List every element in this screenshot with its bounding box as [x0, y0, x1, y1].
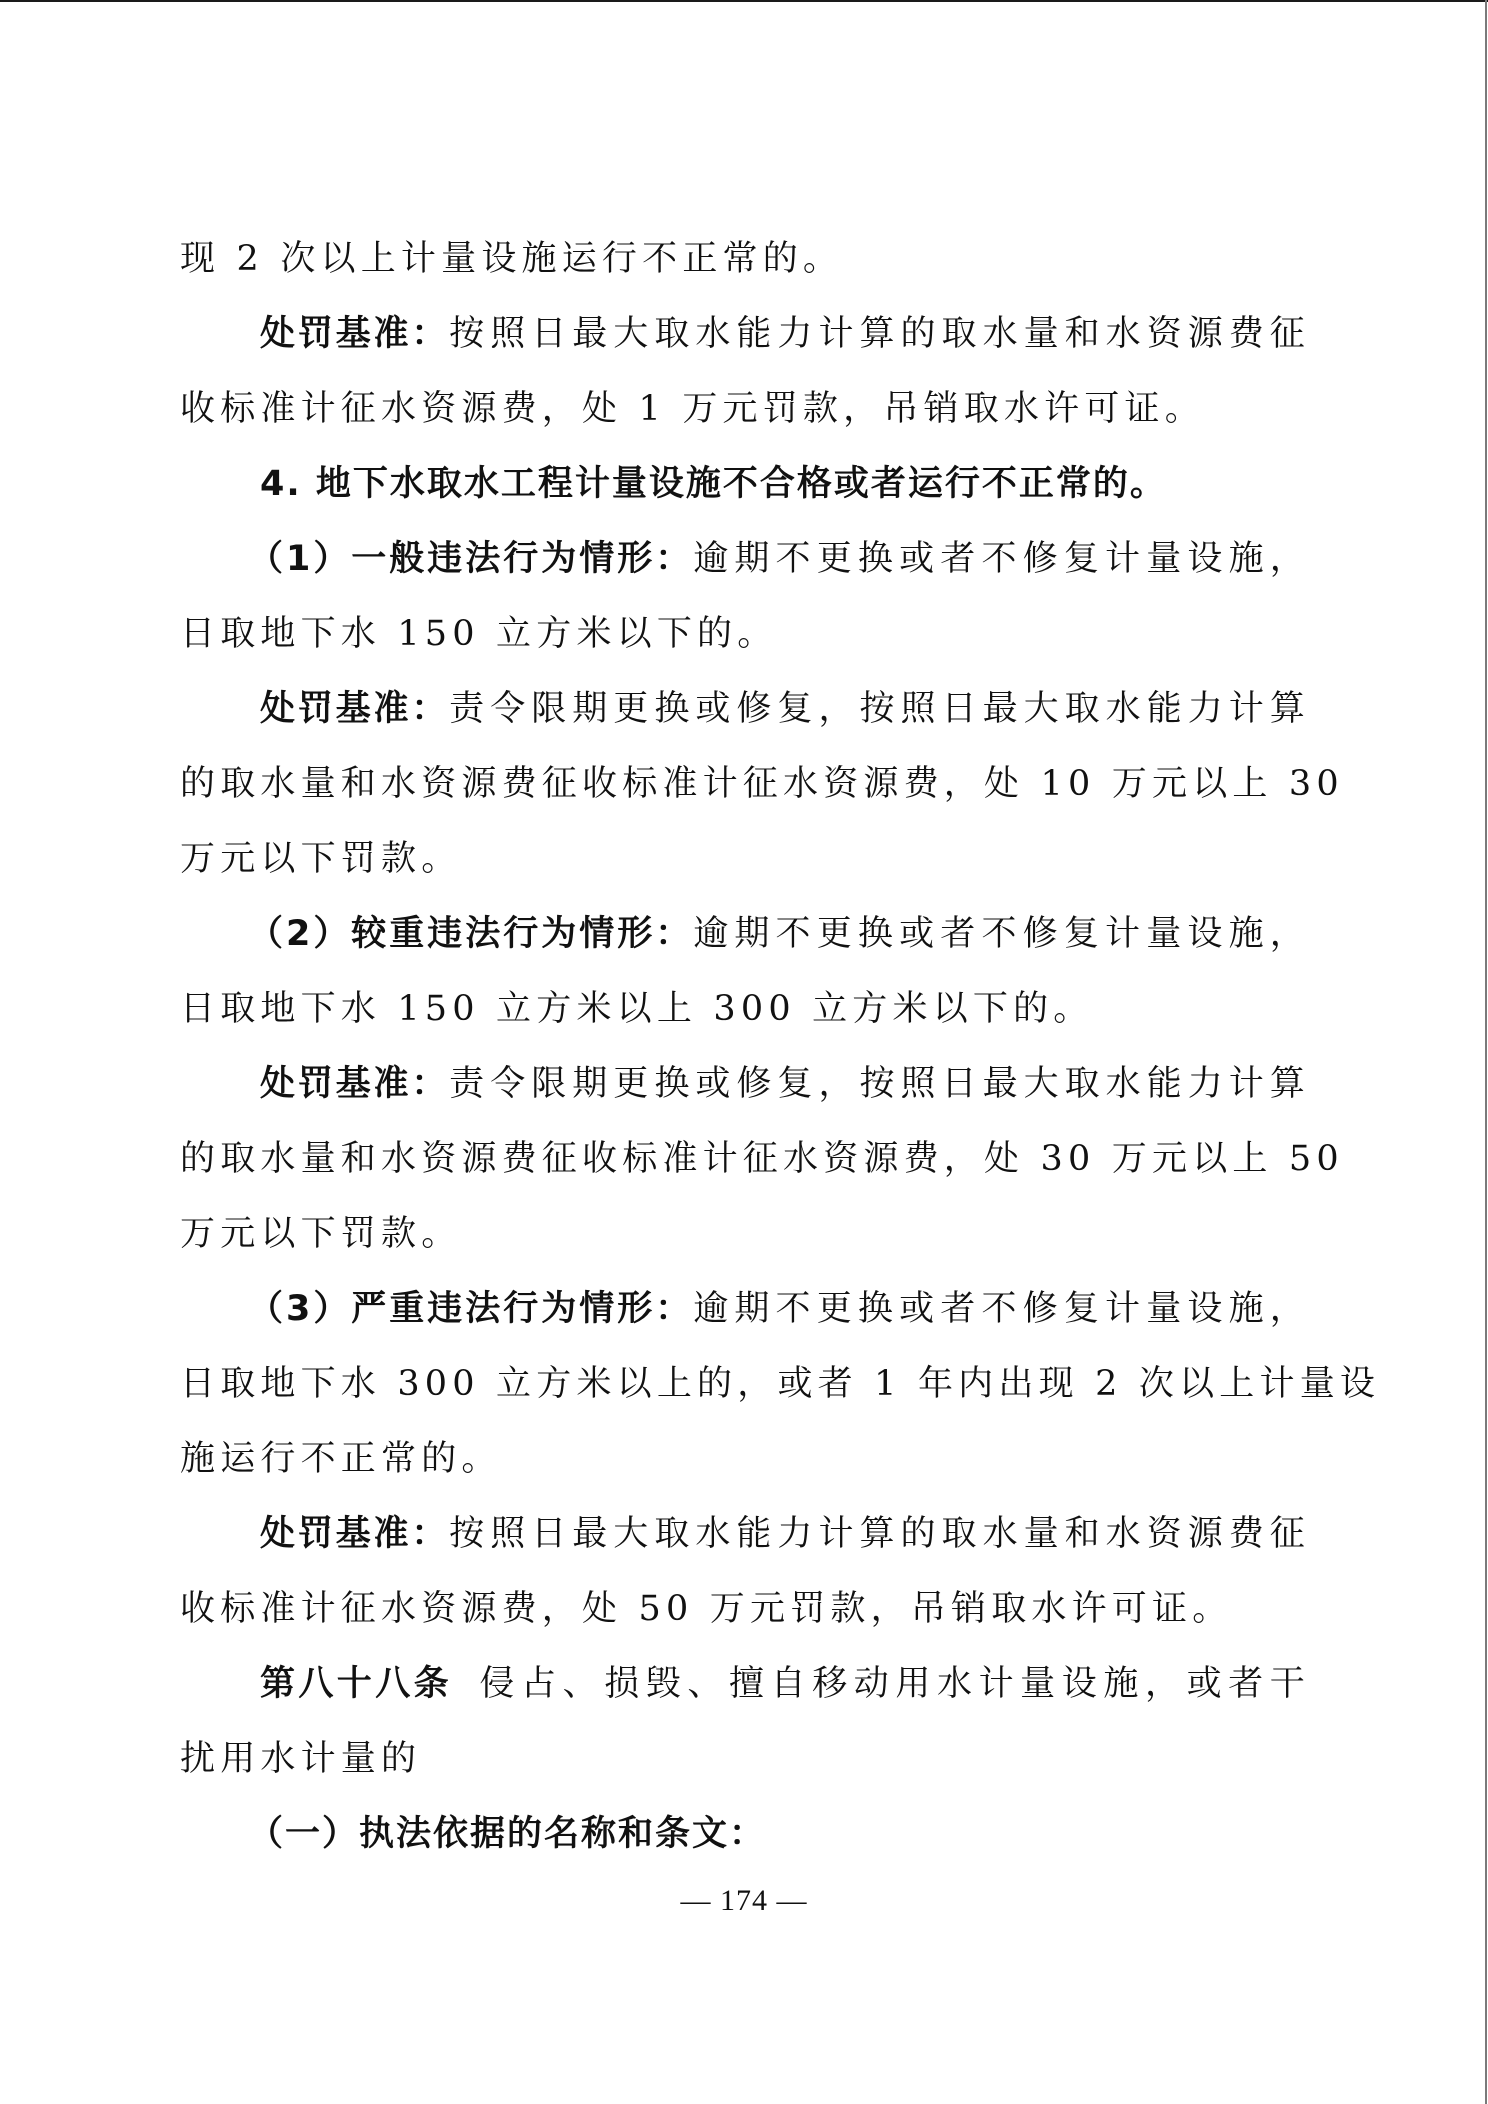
violation-case-label: （2）较重违法行为情形： — [248, 914, 693, 954]
paragraph-line: 现 2 次以上计量设施运行不正常的。 — [180, 226, 1310, 301]
penalty-standard-label: 处罚基准： — [260, 314, 449, 354]
penalty-standard-line: 处罚基准：责令限期更换或修复，按照日最大取水能力计算 — [180, 1051, 1310, 1126]
body-text: 日取地下水 300 立方米以上的，或者 1 年内出现 2 次以上计量设 — [180, 1364, 1380, 1404]
subsection-heading-text: （一）执法依据的名称和条文： — [248, 1814, 766, 1854]
paragraph-line: 的取水量和水资源费征收标准计征水资源费，处 30 万元以上 50 — [180, 1126, 1310, 1201]
document-body: 现 2 次以上计量设施运行不正常的。 处罚基准：按照日最大取水能力计算的取水量和… — [180, 226, 1310, 1876]
page-top-border — [0, 0, 1488, 2]
paragraph-line: 收标准计征水资源费，处 50 万元罚款，吊销取水许可证。 — [180, 1576, 1310, 1651]
body-text: 侵占、损毁、擅自移动用水计量设施，或者干 — [478, 1664, 1310, 1704]
body-text: 收标准计征水资源费，处 50 万元罚款，吊销取水许可证。 — [180, 1589, 1232, 1629]
body-text: 的取水量和水资源费征收标准计征水资源费，处 10 万元以上 30 — [180, 764, 1344, 804]
paragraph-line: 收标准计征水资源费，处 1 万元罚款，吊销取水许可证。 — [180, 376, 1310, 451]
penalty-standard-line: 处罚基准：按照日最大取水能力计算的取水量和水资源费征 — [180, 301, 1310, 376]
section-heading: 4. 地下水取水工程计量设施不合格或者运行不正常的。 — [180, 451, 1310, 526]
body-text: 按照日最大取水能力计算的取水量和水资源费征 — [449, 314, 1310, 354]
penalty-standard-line: 处罚基准：按照日最大取水能力计算的取水量和水资源费征 — [180, 1501, 1310, 1576]
body-text: 万元以下罚款。 — [180, 1214, 461, 1254]
penalty-standard-line: 处罚基准：责令限期更换或修复，按照日最大取水能力计算 — [180, 676, 1310, 751]
penalty-standard-label: 处罚基准： — [260, 1514, 449, 1554]
body-text: 责令限期更换或修复，按照日最大取水能力计算 — [449, 689, 1310, 729]
body-text: 逾期不更换或者不修复计量设施， — [693, 1289, 1310, 1329]
paragraph-line: 的取水量和水资源费征收标准计征水资源费，处 10 万元以上 30 — [180, 751, 1310, 826]
paragraph-line: 施运行不正常的。 — [180, 1426, 1310, 1501]
paragraph-line: 日取地下水 150 立方米以下的。 — [180, 601, 1310, 676]
paragraph-line: 万元以下罚款。 — [180, 1201, 1310, 1276]
article-number: 第八十八条 — [260, 1664, 452, 1704]
body-text: 扰用水计量的 — [180, 1739, 421, 1779]
violation-case-line: （2）较重违法行为情形：逾期不更换或者不修复计量设施， — [180, 901, 1310, 976]
paragraph-line: 扰用水计量的 — [180, 1726, 1310, 1801]
violation-case-label: （1）一般违法行为情形： — [248, 539, 693, 579]
section-heading-text: 4. 地下水取水工程计量设施不合格或者运行不正常的。 — [260, 464, 1167, 504]
body-text: 施运行不正常的。 — [180, 1439, 502, 1479]
paragraph-line: 日取地下水 150 立方米以上 300 立方米以下的。 — [180, 976, 1310, 1051]
violation-case-line: （1）一般违法行为情形：逾期不更换或者不修复计量设施， — [180, 526, 1310, 601]
penalty-standard-label: 处罚基准： — [260, 689, 449, 729]
article-line: 第八十八条侵占、损毁、擅自移动用水计量设施，或者干 — [180, 1651, 1310, 1726]
page-right-border — [1485, 0, 1487, 2104]
page-number: — 174 — — [0, 1884, 1488, 1918]
body-text: 逾期不更换或者不修复计量设施， — [693, 914, 1310, 954]
body-text: 日取地下水 150 立方米以下的。 — [180, 614, 777, 654]
paragraph-line: 日取地下水 300 立方米以上的，或者 1 年内出现 2 次以上计量设 — [180, 1351, 1310, 1426]
body-text: 现 2 次以上计量设施运行不正常的。 — [180, 239, 843, 279]
body-text: 按照日最大取水能力计算的取水量和水资源费征 — [449, 1514, 1310, 1554]
penalty-standard-label: 处罚基准： — [260, 1064, 449, 1104]
body-text: 的取水量和水资源费征收标准计征水资源费，处 30 万元以上 50 — [180, 1139, 1344, 1179]
body-text: 万元以下罚款。 — [180, 839, 461, 879]
paragraph-line: 万元以下罚款。 — [180, 826, 1310, 901]
violation-case-label: （3）严重违法行为情形： — [248, 1289, 693, 1329]
body-text: 逾期不更换或者不修复计量设施， — [693, 539, 1310, 579]
body-text: 收标准计征水资源费，处 1 万元罚款，吊销取水许可证。 — [180, 389, 1205, 429]
body-text: 日取地下水 150 立方米以上 300 立方米以下的。 — [180, 989, 1094, 1029]
violation-case-line: （3）严重违法行为情形：逾期不更换或者不修复计量设施， — [180, 1276, 1310, 1351]
subsection-heading: （一）执法依据的名称和条文： — [180, 1801, 1310, 1876]
body-text: 责令限期更换或修复，按照日最大取水能力计算 — [449, 1064, 1310, 1104]
